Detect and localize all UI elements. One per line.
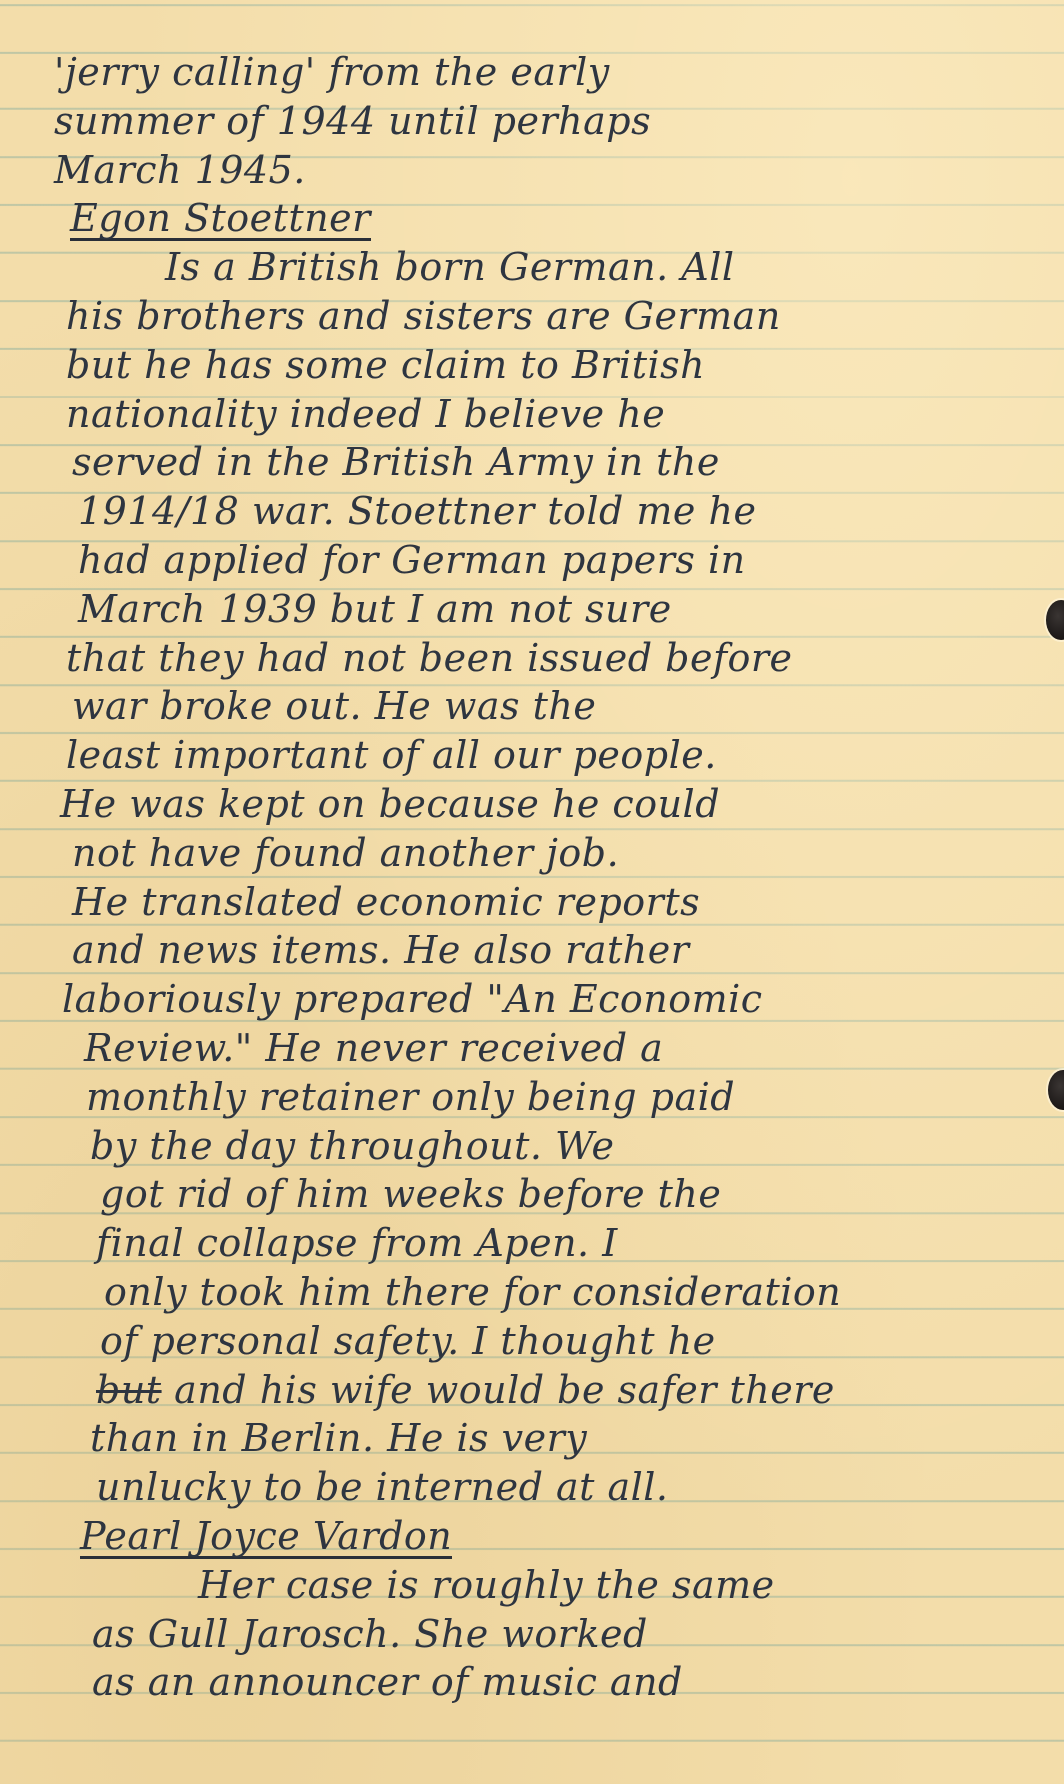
line-text: unlucky to be interned at all. bbox=[96, 1465, 669, 1509]
line-text: and his wife would be safer there bbox=[174, 1368, 835, 1412]
text-line: Review." He never received a bbox=[0, 1024, 1064, 1073]
text-line: He was kept on because he could bbox=[0, 780, 1064, 829]
line-text: Review." He never received a bbox=[84, 1026, 663, 1070]
line-text: his brothers and sisters are German bbox=[66, 294, 781, 338]
line-text: 1914/18 war. Stoettner told me he bbox=[78, 489, 756, 533]
line-text: March 1939 but I am not sure bbox=[78, 587, 672, 631]
line-text: least important of all our people. bbox=[66, 733, 717, 777]
text-line: He translated economic reports bbox=[0, 878, 1064, 927]
line-text: and news items. He also rather bbox=[72, 928, 689, 972]
text-line: final collapse from Apen. I bbox=[0, 1219, 1064, 1268]
heading-text: Pearl Joyce Vardon bbox=[80, 1516, 452, 1559]
text-line: March 1945. bbox=[0, 146, 1064, 195]
line-text: 'jerry calling' from the early bbox=[54, 50, 610, 94]
line-text: laboriously prepared "An Economic bbox=[62, 977, 763, 1021]
text-line: summer of 1944 until perhaps bbox=[0, 97, 1064, 146]
handwritten-text-body: 'jerry calling' from the earlysummer of … bbox=[0, 48, 1064, 1707]
text-line: and news items. He also rather bbox=[0, 926, 1064, 975]
line-text: March 1945. bbox=[54, 148, 306, 192]
line-text: Her case is roughly the same bbox=[198, 1563, 775, 1607]
line-text: He was kept on because he could bbox=[60, 782, 720, 826]
section-heading: Pearl Joyce Vardon bbox=[0, 1512, 1064, 1561]
line-text: summer of 1944 until perhaps bbox=[54, 99, 651, 143]
text-line: had applied for German papers in bbox=[0, 536, 1064, 585]
line-text: final collapse from Apen. I bbox=[96, 1221, 618, 1265]
text-line: but and his wife would be safer there bbox=[0, 1366, 1064, 1415]
text-line: Her case is roughly the same bbox=[0, 1561, 1064, 1610]
text-line: of personal safety. I thought he bbox=[0, 1317, 1064, 1366]
text-line: monthly retainer only being paid bbox=[0, 1073, 1064, 1122]
text-line: not have found another job. bbox=[0, 829, 1064, 878]
line-text: nationality indeed I believe he bbox=[66, 392, 665, 436]
section-heading: Egon Stoettner bbox=[0, 194, 1064, 243]
line-text: Is a British born German. All bbox=[165, 245, 735, 289]
text-line: got rid of him weeks before the bbox=[0, 1170, 1064, 1219]
line-text: got rid of him weeks before the bbox=[100, 1172, 721, 1216]
text-line: his brothers and sisters are German bbox=[0, 292, 1064, 341]
struck-word: but bbox=[96, 1368, 162, 1412]
line-text: monthly retainer only being paid bbox=[86, 1075, 735, 1119]
text-line: served in the British Army in the bbox=[0, 438, 1064, 487]
text-line: only took him there for consideration bbox=[0, 1268, 1064, 1317]
heading-text: Egon Stoettner bbox=[70, 198, 371, 241]
line-text: of personal safety. I thought he bbox=[100, 1319, 716, 1363]
text-line: than in Berlin. He is very bbox=[0, 1414, 1064, 1463]
line-text: had applied for German papers in bbox=[78, 538, 746, 582]
line-text: by the day throughout. We bbox=[90, 1124, 615, 1168]
text-line: that they had not been issued before bbox=[0, 634, 1064, 683]
text-line: as Gull Jarosch. She worked bbox=[0, 1610, 1064, 1659]
text-line: laboriously prepared "An Economic bbox=[0, 975, 1064, 1024]
line-text: He translated economic reports bbox=[72, 880, 700, 924]
text-line: but he has some claim to British bbox=[0, 341, 1064, 390]
text-line: least important of all our people. bbox=[0, 731, 1064, 780]
text-line: as an announcer of music and bbox=[0, 1658, 1064, 1707]
line-text: as an announcer of music and bbox=[92, 1660, 683, 1704]
line-text: but he has some claim to British bbox=[66, 343, 705, 387]
line-text: served in the British Army in the bbox=[72, 440, 720, 484]
document-page: 'jerry calling' from the earlysummer of … bbox=[0, 0, 1064, 1784]
text-line: March 1939 but I am not sure bbox=[0, 585, 1064, 634]
text-line: 1914/18 war. Stoettner told me he bbox=[0, 487, 1064, 536]
line-text: war broke out. He was the bbox=[72, 684, 596, 728]
text-line: nationality indeed I believe he bbox=[0, 390, 1064, 439]
text-line: 'jerry calling' from the early bbox=[0, 48, 1064, 97]
line-text: than in Berlin. He is very bbox=[90, 1416, 587, 1460]
text-line: unlucky to be interned at all. bbox=[0, 1463, 1064, 1512]
text-line: Is a British born German. All bbox=[0, 243, 1064, 292]
line-text: as Gull Jarosch. She worked bbox=[92, 1612, 648, 1656]
text-line: war broke out. He was the bbox=[0, 682, 1064, 731]
line-text: that they had not been issued before bbox=[66, 636, 793, 680]
line-text: not have found another job. bbox=[72, 831, 619, 875]
line-text: only took him there for consideration bbox=[104, 1270, 841, 1314]
text-line: by the day throughout. We bbox=[0, 1122, 1064, 1171]
